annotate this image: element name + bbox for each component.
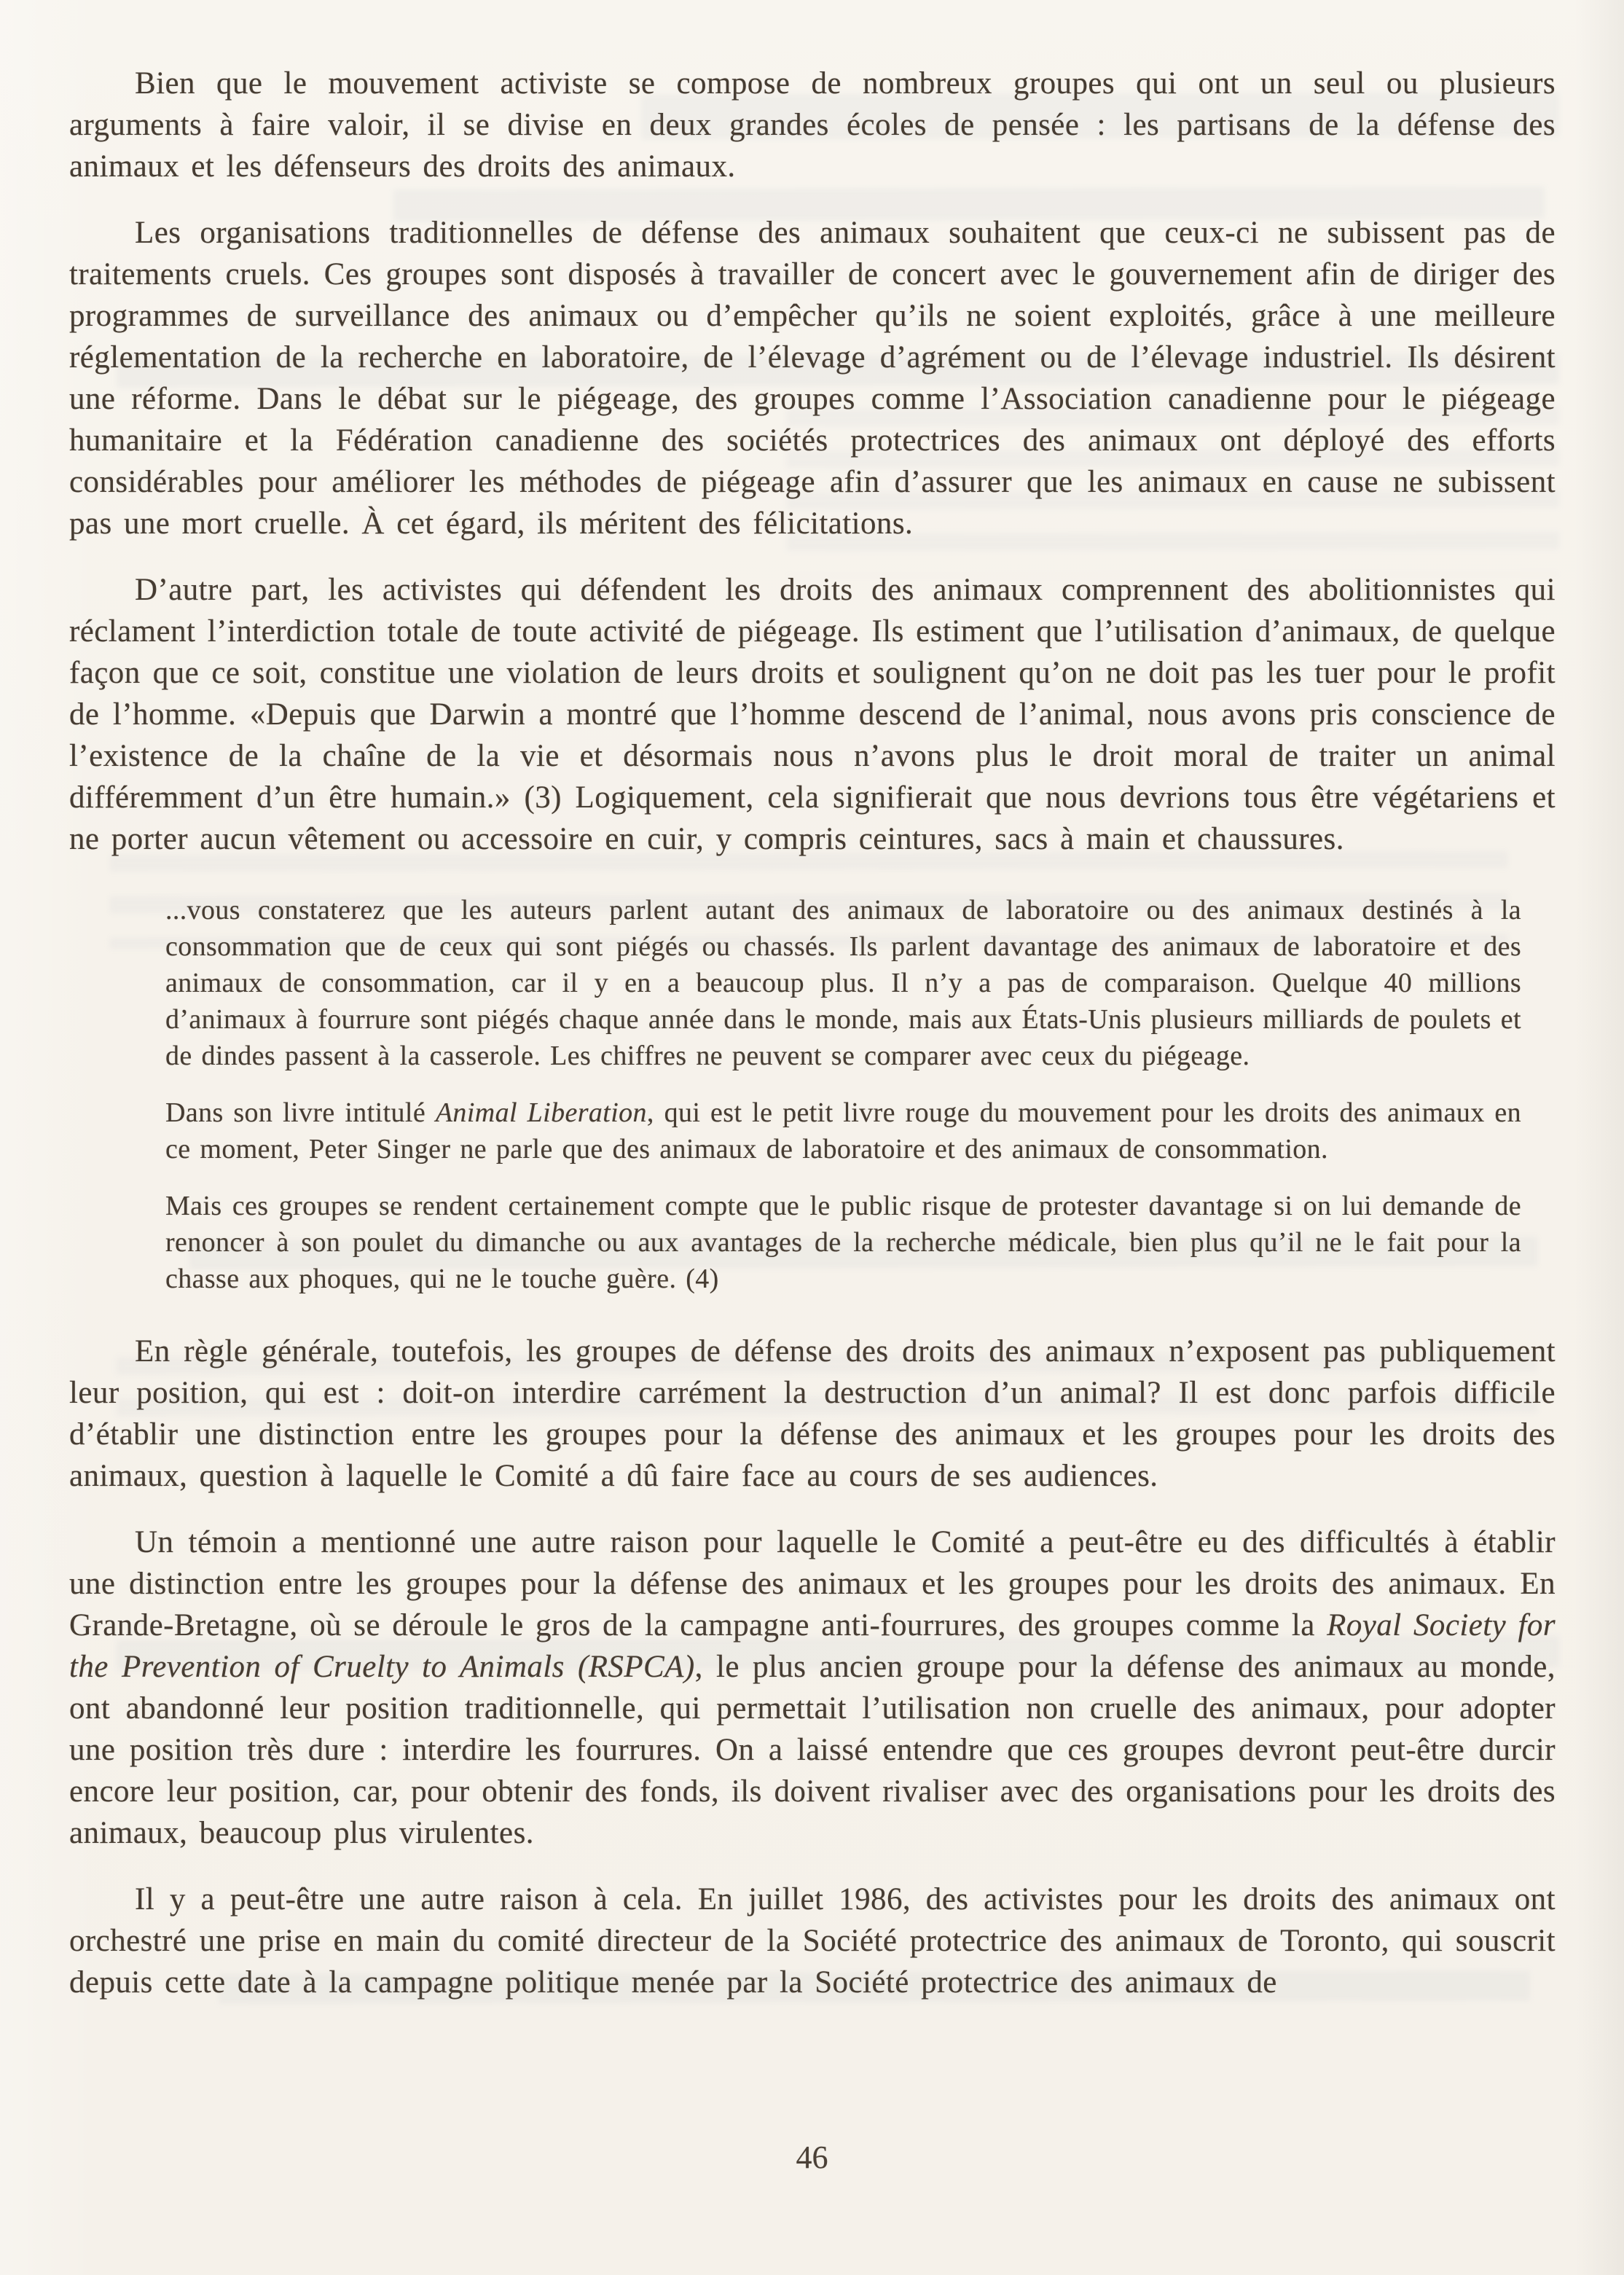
paragraph: Bien que le mouvement activiste se compo…	[69, 63, 1556, 187]
page-scan: Bien que le mouvement activiste se compo…	[0, 0, 1624, 2275]
quote-block: Dans son livre intitulé Animal Liberatio…	[165, 1095, 1521, 1167]
quote-block: Mais ces groupes se rendent certainement…	[165, 1188, 1521, 1297]
paragraph: D’autre part, les activistes qui défende…	[69, 569, 1556, 860]
quote-block: ...vous constaterez que les auteurs parl…	[165, 892, 1521, 1074]
text-column: Bien que le mouvement activiste se compo…	[69, 63, 1556, 2003]
paragraph: Les organisations traditionnelles de déf…	[69, 212, 1556, 544]
paragraph: Il y a peut-être une autre raison à cela…	[69, 1879, 1556, 2003]
page-number: 46	[0, 2139, 1624, 2176]
paragraph: Un témoin a mentionné une autre raison p…	[69, 1522, 1556, 1854]
paragraph: En règle générale, toutefois, les groupe…	[69, 1331, 1556, 1497]
